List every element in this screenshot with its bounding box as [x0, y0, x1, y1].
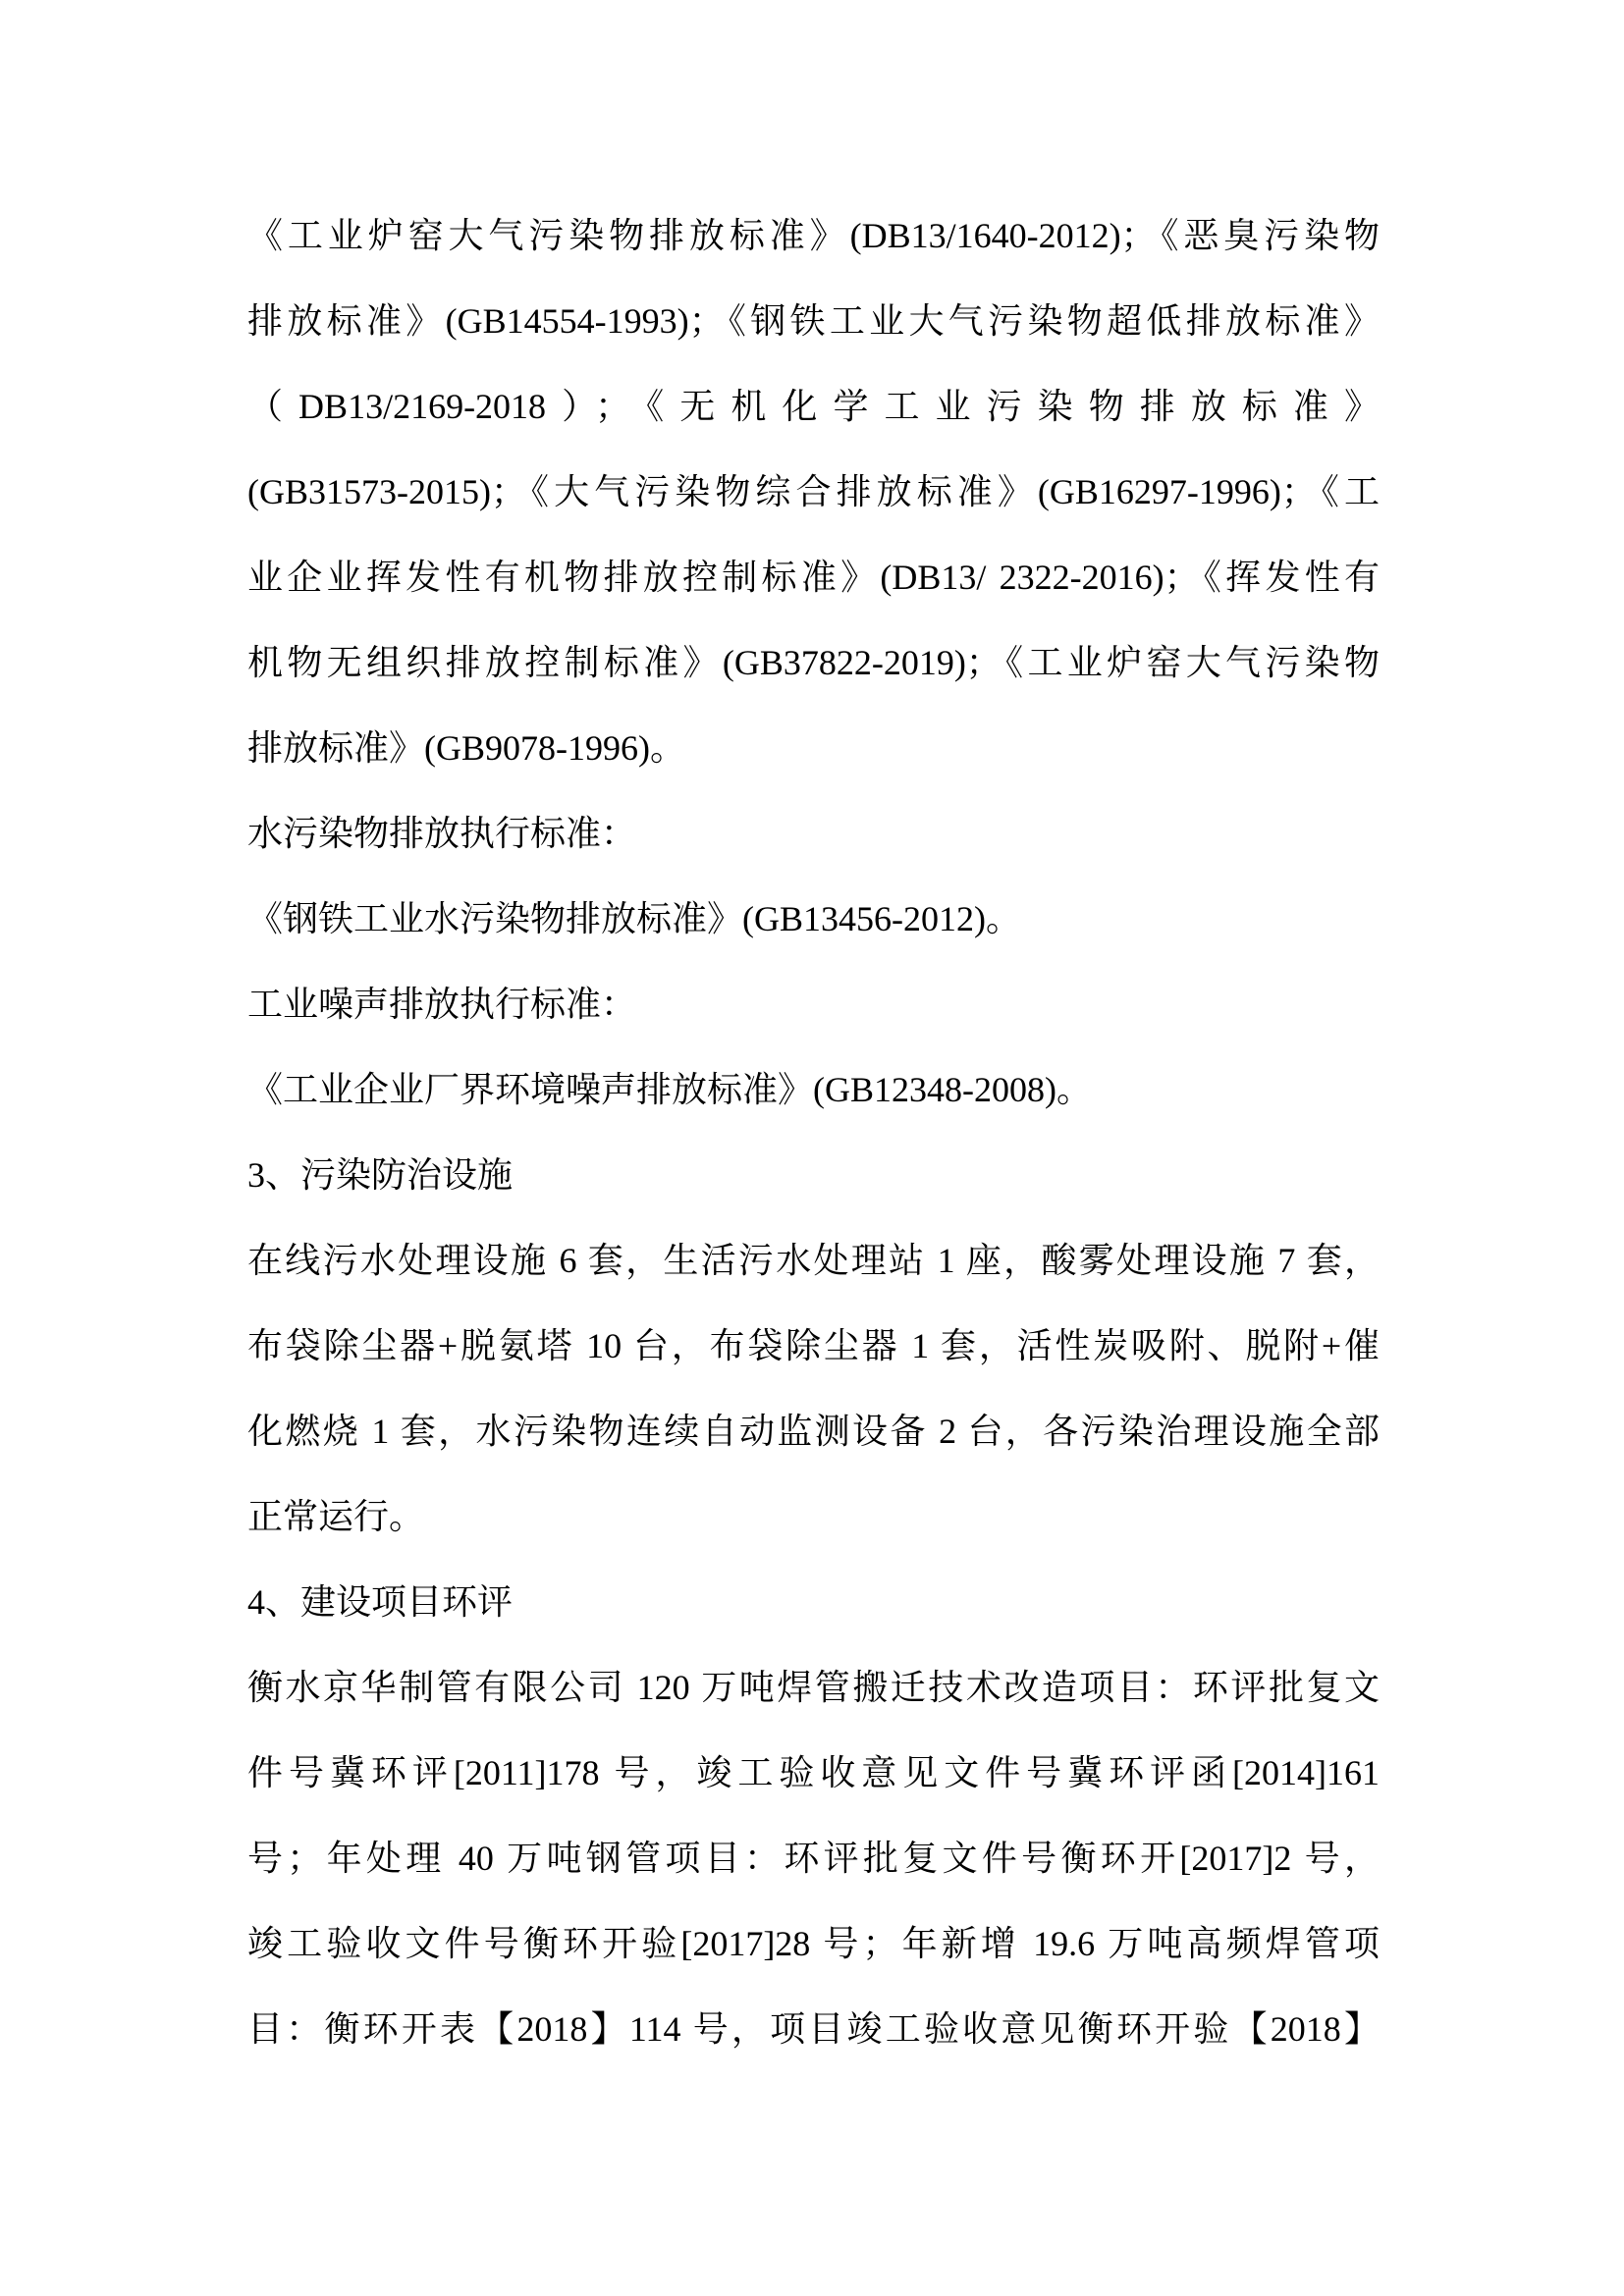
text-line: 化燃烧 1 套，水污染物连续自动监测设备 2 台，各污染治理设施全部 [247, 1389, 1380, 1474]
document-body: 《工业炉窑大气污染物排放标准》(DB13/1640-2012)；《恶臭污染物 排… [247, 193, 1380, 2072]
text-line: 竣工验收文件号衡环开验[2017]28 号；年新增 19.6 万吨高频焊管项 [247, 1901, 1380, 1987]
text-line: 衡水京华制管有限公司 120 万吨焊管搬迁技术改造项目：环评批复文 [247, 1645, 1380, 1731]
section-heading: 4、建设项目环评 [247, 1560, 1380, 1645]
text-line: 布袋除尘器+脱氨塔 10 台，布袋除尘器 1 套，活性炭吸附、脱附+催 [247, 1304, 1380, 1389]
text-line: 《工业炉窑大气污染物排放标准》(DB13/1640-2012)；《恶臭污染物 [247, 193, 1380, 279]
text-line: （DB13/2169-2018）；《无机化学工业污染物排放标准》 [247, 364, 1380, 450]
text-line: 《工业企业厂界环境噪声排放标准》(GB12348-2008)。 [247, 1047, 1380, 1133]
text-line: 正常运行。 [247, 1474, 1380, 1560]
text-line: 号；年处理 40 万吨钢管项目：环评批复文件号衡环开[2017]2 号， [247, 1816, 1380, 1901]
text-line: (GB31573-2015)；《大气污染物综合排放标准》(GB16297-199… [247, 450, 1380, 535]
section-heading: 水污染物排放执行标准： [247, 791, 1380, 877]
text-line: 业企业挥发性有机物排放控制标准》(DB13/ 2322-2016)；《挥发性有 [247, 535, 1380, 620]
text-line: 《钢铁工业水污染物排放标准》(GB13456-2012)。 [247, 877, 1380, 962]
section-heading: 工业噪声排放执行标准： [247, 962, 1380, 1047]
text-line: 目：衡环开表【2018】114 号，项目竣工验收意见衡环开验【2018】 [247, 1987, 1380, 2072]
text-line: 件号冀环评[2011]178 号，竣工验收意见文件号冀环评函[2014]161 [247, 1731, 1380, 1816]
text-line: 排放标准》(GB9078-1996)。 [247, 706, 1380, 791]
document-page: 《工业炉窑大气污染物排放标准》(DB13/1640-2012)；《恶臭污染物 排… [0, 0, 1624, 2296]
text-line: 排放标准》(GB14554-1993)；《钢铁工业大气污染物超低排放标准》 [247, 279, 1380, 364]
section-heading: 3、污染防治设施 [247, 1133, 1380, 1218]
text-line: 在线污水处理设施 6 套，生活污水处理站 1 座，酸雾处理设施 7 套， [247, 1218, 1380, 1304]
text-line: 机物无组织排放控制标准》(GB37822-2019)；《工业炉窑大气污染物 [247, 620, 1380, 706]
